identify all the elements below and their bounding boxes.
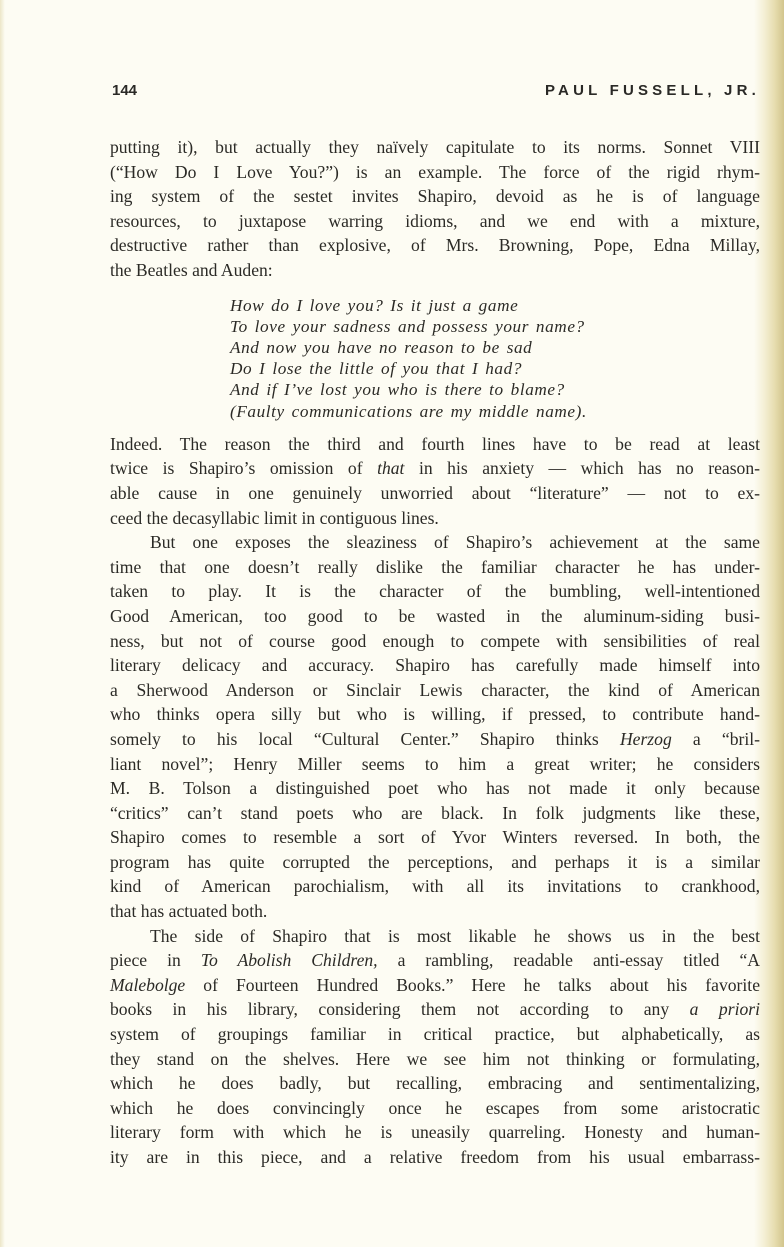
text-line: who thinks opera silly but who is willin…: [110, 702, 760, 727]
text-line: literary form with which he is uneasily …: [110, 1120, 760, 1145]
text-line: “critics” can’t stand poets who are blac…: [110, 801, 760, 826]
italic-run: a priori: [690, 999, 760, 1019]
running-head: 144 PAUL FUSSELL, JR.: [112, 82, 760, 106]
text-line: a Sherwood Anderson or Sinclair Lewis ch…: [110, 678, 760, 703]
text-line: Malebolge of Fourteen Hundred Books.” He…: [110, 973, 760, 998]
poem-line: And if I’ve lost you who is there to bla…: [230, 379, 760, 400]
text-line: But one exposes the sleaziness of Shapir…: [110, 530, 760, 555]
italic-run: Herzog: [620, 729, 672, 749]
text-run: somely to his local “Cultural Center.” S…: [110, 729, 620, 749]
text-line: Shapiro comes to resemble a sort of Yvor…: [110, 825, 760, 850]
italic-run: Malebolge: [110, 975, 185, 995]
text-line: (“How Do I Love You?”) is an example. Th…: [110, 160, 760, 185]
text-line: which he does convincingly once he escap…: [110, 1096, 760, 1121]
paragraph-sleaziness: But one exposes the sleaziness of Shapir…: [110, 530, 760, 924]
text-line: which he does badly, but recalling, embr…: [110, 1071, 760, 1096]
text-run: in his anxiety — which has no reason-: [404, 458, 760, 478]
page-left-edge: [0, 0, 5, 1247]
text-line: resources, to juxtapose warring idioms, …: [110, 209, 760, 234]
text-line: the Beatles and Auden:: [110, 258, 760, 283]
text-line: ceed the decasyllabic limit in contiguou…: [110, 506, 760, 531]
text-line: kind of American parochialism, with all …: [110, 874, 760, 899]
text-line: able cause in one genuinely unworried ab…: [110, 481, 760, 506]
text-line: Good American, too good to be wasted in …: [110, 604, 760, 629]
text-run: piece in: [110, 950, 201, 970]
italic-run: To Abolish Children,: [201, 950, 378, 970]
text-line: M. B. Tolson a distinguished poet who ha…: [110, 776, 760, 801]
author-running-head: PAUL FUSSELL, JR.: [545, 82, 760, 99]
text-line: ness, but not of course good enough to c…: [110, 629, 760, 654]
text-line: putting it), but actually they naïvely c…: [110, 135, 760, 160]
poem-line: (Faulty communications are my middle nam…: [230, 401, 760, 422]
text-run: of Fourteen Hundred Books.” Here he talk…: [185, 975, 760, 995]
poem-line: Do I lose the little of you that I had?: [230, 358, 760, 379]
text-line: program has quite corrupted the percepti…: [110, 850, 760, 875]
text-line: books in his library, considering them n…: [110, 997, 760, 1022]
text-line: somely to his local “Cultural Center.” S…: [110, 727, 760, 752]
italic-run: that: [377, 458, 404, 478]
text-run: a rambling, readable anti-essay titled “…: [378, 950, 760, 970]
poem-line: To love your sadness and possess your na…: [230, 316, 760, 337]
page-number: 144: [112, 82, 137, 99]
text-line: ity are in this piece, and a relative fr…: [110, 1145, 760, 1170]
text-line: liant novel”; Henry Miller seems to him …: [110, 752, 760, 777]
text-run: books in his library, considering them n…: [110, 999, 690, 1019]
poem-line: How do I love you? Is it just a game: [230, 295, 760, 316]
text-run: twice is Shapiro’s omission of: [110, 458, 377, 478]
text-line: system of groupings familiar in critical…: [110, 1022, 760, 1047]
paragraph-likable-side: The side of Shapiro that is most likable…: [110, 924, 760, 1170]
text-line: piece in To Abolish Children, a rambling…: [110, 948, 760, 973]
text-line: taken to play. It is the character of th…: [110, 579, 760, 604]
body-text: putting it), but actually they naïvely c…: [110, 135, 760, 1170]
poem-quotation: How do I love you? Is it just a game To …: [230, 295, 760, 422]
text-line: literary delicacy and accuracy. Shapiro …: [110, 653, 760, 678]
text-line: time that one doesn’t really dislike the…: [110, 555, 760, 580]
text-line: twice is Shapiro’s omission of that in h…: [110, 456, 760, 481]
poem-line: And now you have no reason to be sad: [230, 337, 760, 358]
text-run: a “bril-: [672, 729, 760, 749]
paragraph-indeed: Indeed. The reason the third and fourth …: [110, 432, 760, 530]
text-line: destructive rather than explosive, of Mr…: [110, 233, 760, 258]
text-line: ing system of the sestet invites Shapiro…: [110, 184, 760, 209]
text-line: The side of Shapiro that is most likable…: [110, 924, 760, 949]
paragraph-sonnet-discussion: putting it), but actually they naïvely c…: [110, 135, 760, 283]
text-line: that has actuated both.: [110, 899, 760, 924]
text-line: Indeed. The reason the third and fourth …: [110, 432, 760, 457]
text-line: they stand on the shelves. Here we see h…: [110, 1047, 760, 1072]
